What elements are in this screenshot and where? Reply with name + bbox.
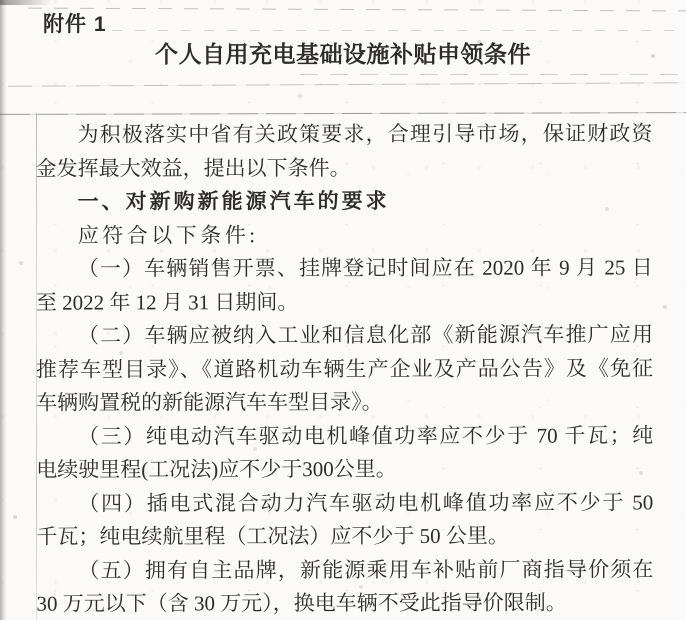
section-heading-line: 一、对新购新能源汽车的要求 <box>36 184 653 219</box>
text-line: （二）车辆应被纳入工业和信息化部《新能源汽车推广应用 <box>36 318 653 353</box>
scan-corner-smudge <box>0 0 52 5</box>
text-line: 金发挥最大效益，提出以下条件。 <box>36 151 653 186</box>
scan-left-edge-shadow <box>0 0 7 620</box>
text-line: （三）纯电动汽车驱动电机峰值功率应不少于 70 千瓦；纯 <box>36 419 653 454</box>
text-line: 推荐车型目录》、《道路机动车辆生产企业及产品公告》及《免征 <box>36 352 653 387</box>
text-line: 应符合以下条件: <box>36 218 653 253</box>
attachment-label: 附件 1 <box>43 8 107 38</box>
text-line: 千瓦；纯电续航里程（工况法）应不少于 50 公里。 <box>36 519 653 554</box>
text-line: 30 万元以下（含 30 万元），换电车辆不受此指导价限制。 <box>36 586 653 620</box>
text-line: 为积极落实中省有关政策要求，合理引导市场，保证财政资 <box>35 117 652 152</box>
text-line: 至 2022 年 12 月 31 日期间。 <box>36 285 653 320</box>
scan-artifact-line-under-attachment <box>112 30 678 31</box>
scan-artifact-line-under-title-2 <box>8 82 686 87</box>
page-title: 个人自用充电基础设施补贴申领条件 <box>0 36 686 69</box>
body-text: 为积极落实中省有关政策要求，合理引导市场，保证财政资金发挥最大效益，提出以下条件… <box>35 117 653 620</box>
text-line: （四）插电式混合动力汽车驱动电机峰值功率应不少于 50 <box>36 486 653 521</box>
text-line: （五）拥有自主品牌，新能源乘用车补贴前厂商指导价须在 <box>36 553 653 588</box>
screenshot-root: { "colors": { "ink": "#2e2c2a", "paper":… <box>0 0 686 620</box>
text-line: （一）车辆销售开票、挂牌登记时间应在 2020 年 9 月 25 日 <box>36 251 653 286</box>
scan-artifact-line-under-title-1 <box>300 74 686 75</box>
scan-artifact-line-top <box>28 8 686 12</box>
text-line: 电续驶里程(工况法)应不少于300公里。 <box>36 452 653 487</box>
document-page: 附件 1 个人自用充电基础设施补贴申领条件 为积极落实中省有关政策要求，合理引导… <box>0 0 686 620</box>
text-line: 车辆购置税的新能源汽车车型目录》。 <box>36 385 653 420</box>
scan-artifact-line-header-divider <box>0 112 686 115</box>
